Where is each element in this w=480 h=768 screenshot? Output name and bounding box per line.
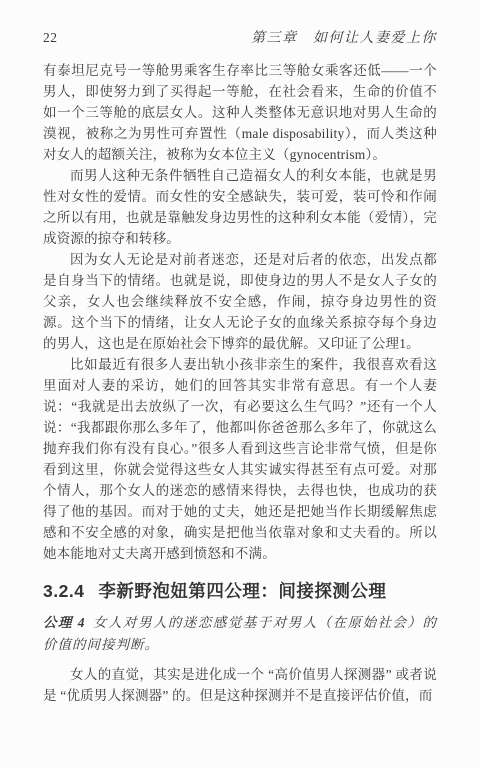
axiom-statement: 公理 4女人对男人的迷恋感觉基于对男人（在原始社会）的价值的间接判断。 bbox=[43, 612, 437, 655]
book-page: 22 第三章 如何让人妻爱上你 有泰坦尼克号一等舱男乘客生存率比三等舱女乘客还低… bbox=[0, 0, 480, 768]
paragraph-intuition-detector: 女人的直觉，其实是进化成一个 “高价值男人探测器” 或者说是 “优质男人探测器”… bbox=[43, 664, 437, 706]
section-heading: 3.2.4李新野泡妞第四公理：间接探测公理 bbox=[43, 578, 437, 604]
page-body: 有泰坦尼克号一等舱男乘客生存率比三等舱女乘客还低——一个男人，即使努力到了买得起… bbox=[43, 60, 437, 706]
page-number: 22 bbox=[43, 30, 58, 46]
axiom-text: 女人对男人的迷恋感觉基于对男人（在原始社会）的价值的间接判断。 bbox=[43, 615, 437, 652]
axiom-label: 公理 4 bbox=[43, 615, 86, 630]
paragraph-male-instinct: 而男人这种无条件牺牲自己造福女人的利女本能，也就是男性对女性的爱情。而女性的安全… bbox=[43, 165, 437, 249]
page-header: 22 第三章 如何让人妻爱上你 bbox=[43, 30, 437, 47]
section-title: 李新野泡妞第四公理：间接探测公理 bbox=[98, 581, 386, 601]
chapter-title: 第三章 如何让人妻爱上你 bbox=[251, 31, 437, 47]
section-number: 3.2.4 bbox=[43, 581, 84, 601]
paragraph-interview-example: 比如最近有很多人妻出轨小孩非亲生的案件，我很喜欢看这里面对人妻的采访，她们的回答… bbox=[43, 354, 437, 564]
paragraph-emotion-origin: 因为女人无论是对前者迷恋，还是对后者的依恋，出发点都是自身当下的情绪。也就是说，… bbox=[43, 249, 437, 354]
paragraph-titanic: 有泰坦尼克号一等舱男乘客生存率比三等舱女乘客还低——一个男人，即使努力到了买得起… bbox=[43, 60, 437, 165]
